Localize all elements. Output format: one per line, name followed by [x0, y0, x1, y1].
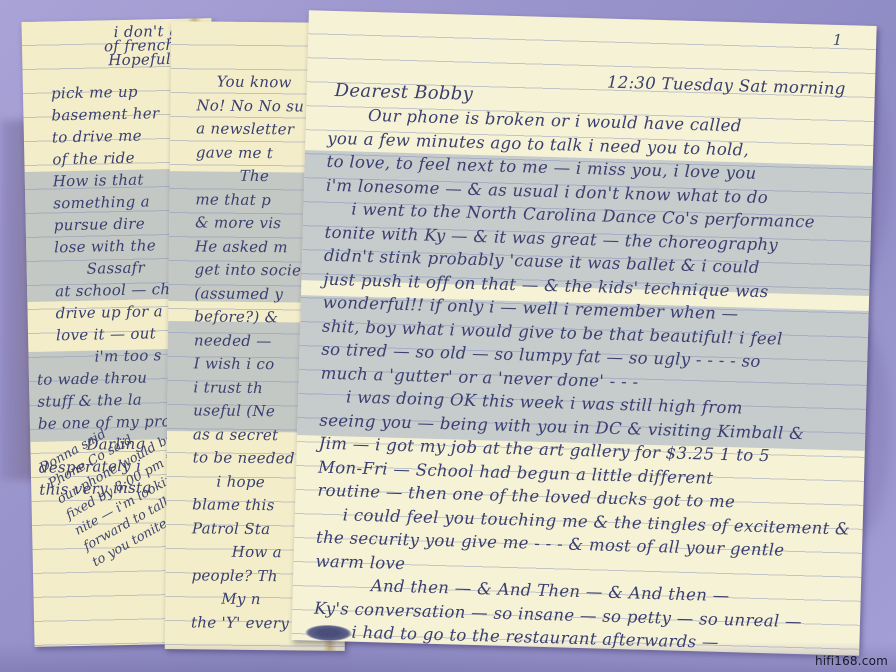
- handwritten-line: me that p: [195, 187, 271, 212]
- handwritten-line: warm love: [315, 549, 405, 575]
- handwritten-line: (assumed y: [194, 281, 283, 306]
- handwritten-line: get into socie: [195, 257, 302, 282]
- handwritten-line: useful (Ne: [193, 398, 275, 423]
- handwritten-line: i hope: [216, 469, 265, 494]
- handwritten-line: as a secret: [193, 422, 279, 447]
- handwritten-line: needed —: [194, 328, 272, 353]
- watermark: hifi168.com: [815, 654, 888, 668]
- ink-scribble: [305, 624, 351, 641]
- handwritten-line: Patrol Sta: [192, 516, 271, 541]
- handwritten-line: You know: [217, 70, 292, 95]
- handwritten-line: I wish i co: [194, 351, 275, 376]
- handwritten-line: the 'Y' every: [191, 610, 289, 635]
- handwritten-line: No! No No su: [196, 93, 304, 118]
- handwritten-line: & more vis: [195, 210, 281, 235]
- letter-page-front: 1 12:30 Tuesday Sat morning Dearest Bobb…: [291, 10, 876, 656]
- handwritten-line: a newsletter: [196, 116, 294, 141]
- dateline: 12:30 Tuesday Sat morning: [607, 71, 846, 102]
- handwritten-line: people? Th: [191, 563, 278, 588]
- handwritten-line: i trust th: [193, 375, 263, 400]
- handwritten-line: My n: [221, 587, 261, 611]
- handwritten-line: The: [240, 164, 270, 188]
- handwritten-line: blame this: [192, 492, 275, 517]
- salutation: Dearest Bobby: [334, 79, 473, 107]
- handwritten-line: i'm too s: [94, 343, 162, 368]
- handwritten-line: He asked m: [195, 234, 288, 259]
- handwritten-line: gave me t: [196, 140, 274, 165]
- fabric-edge: [0, 642, 896, 672]
- handwritten-line: How a: [232, 540, 282, 565]
- handwritten-line: to be needed: [193, 445, 295, 470]
- handwritten-line: before?) &: [194, 304, 278, 329]
- page-number: 1: [832, 31, 842, 49]
